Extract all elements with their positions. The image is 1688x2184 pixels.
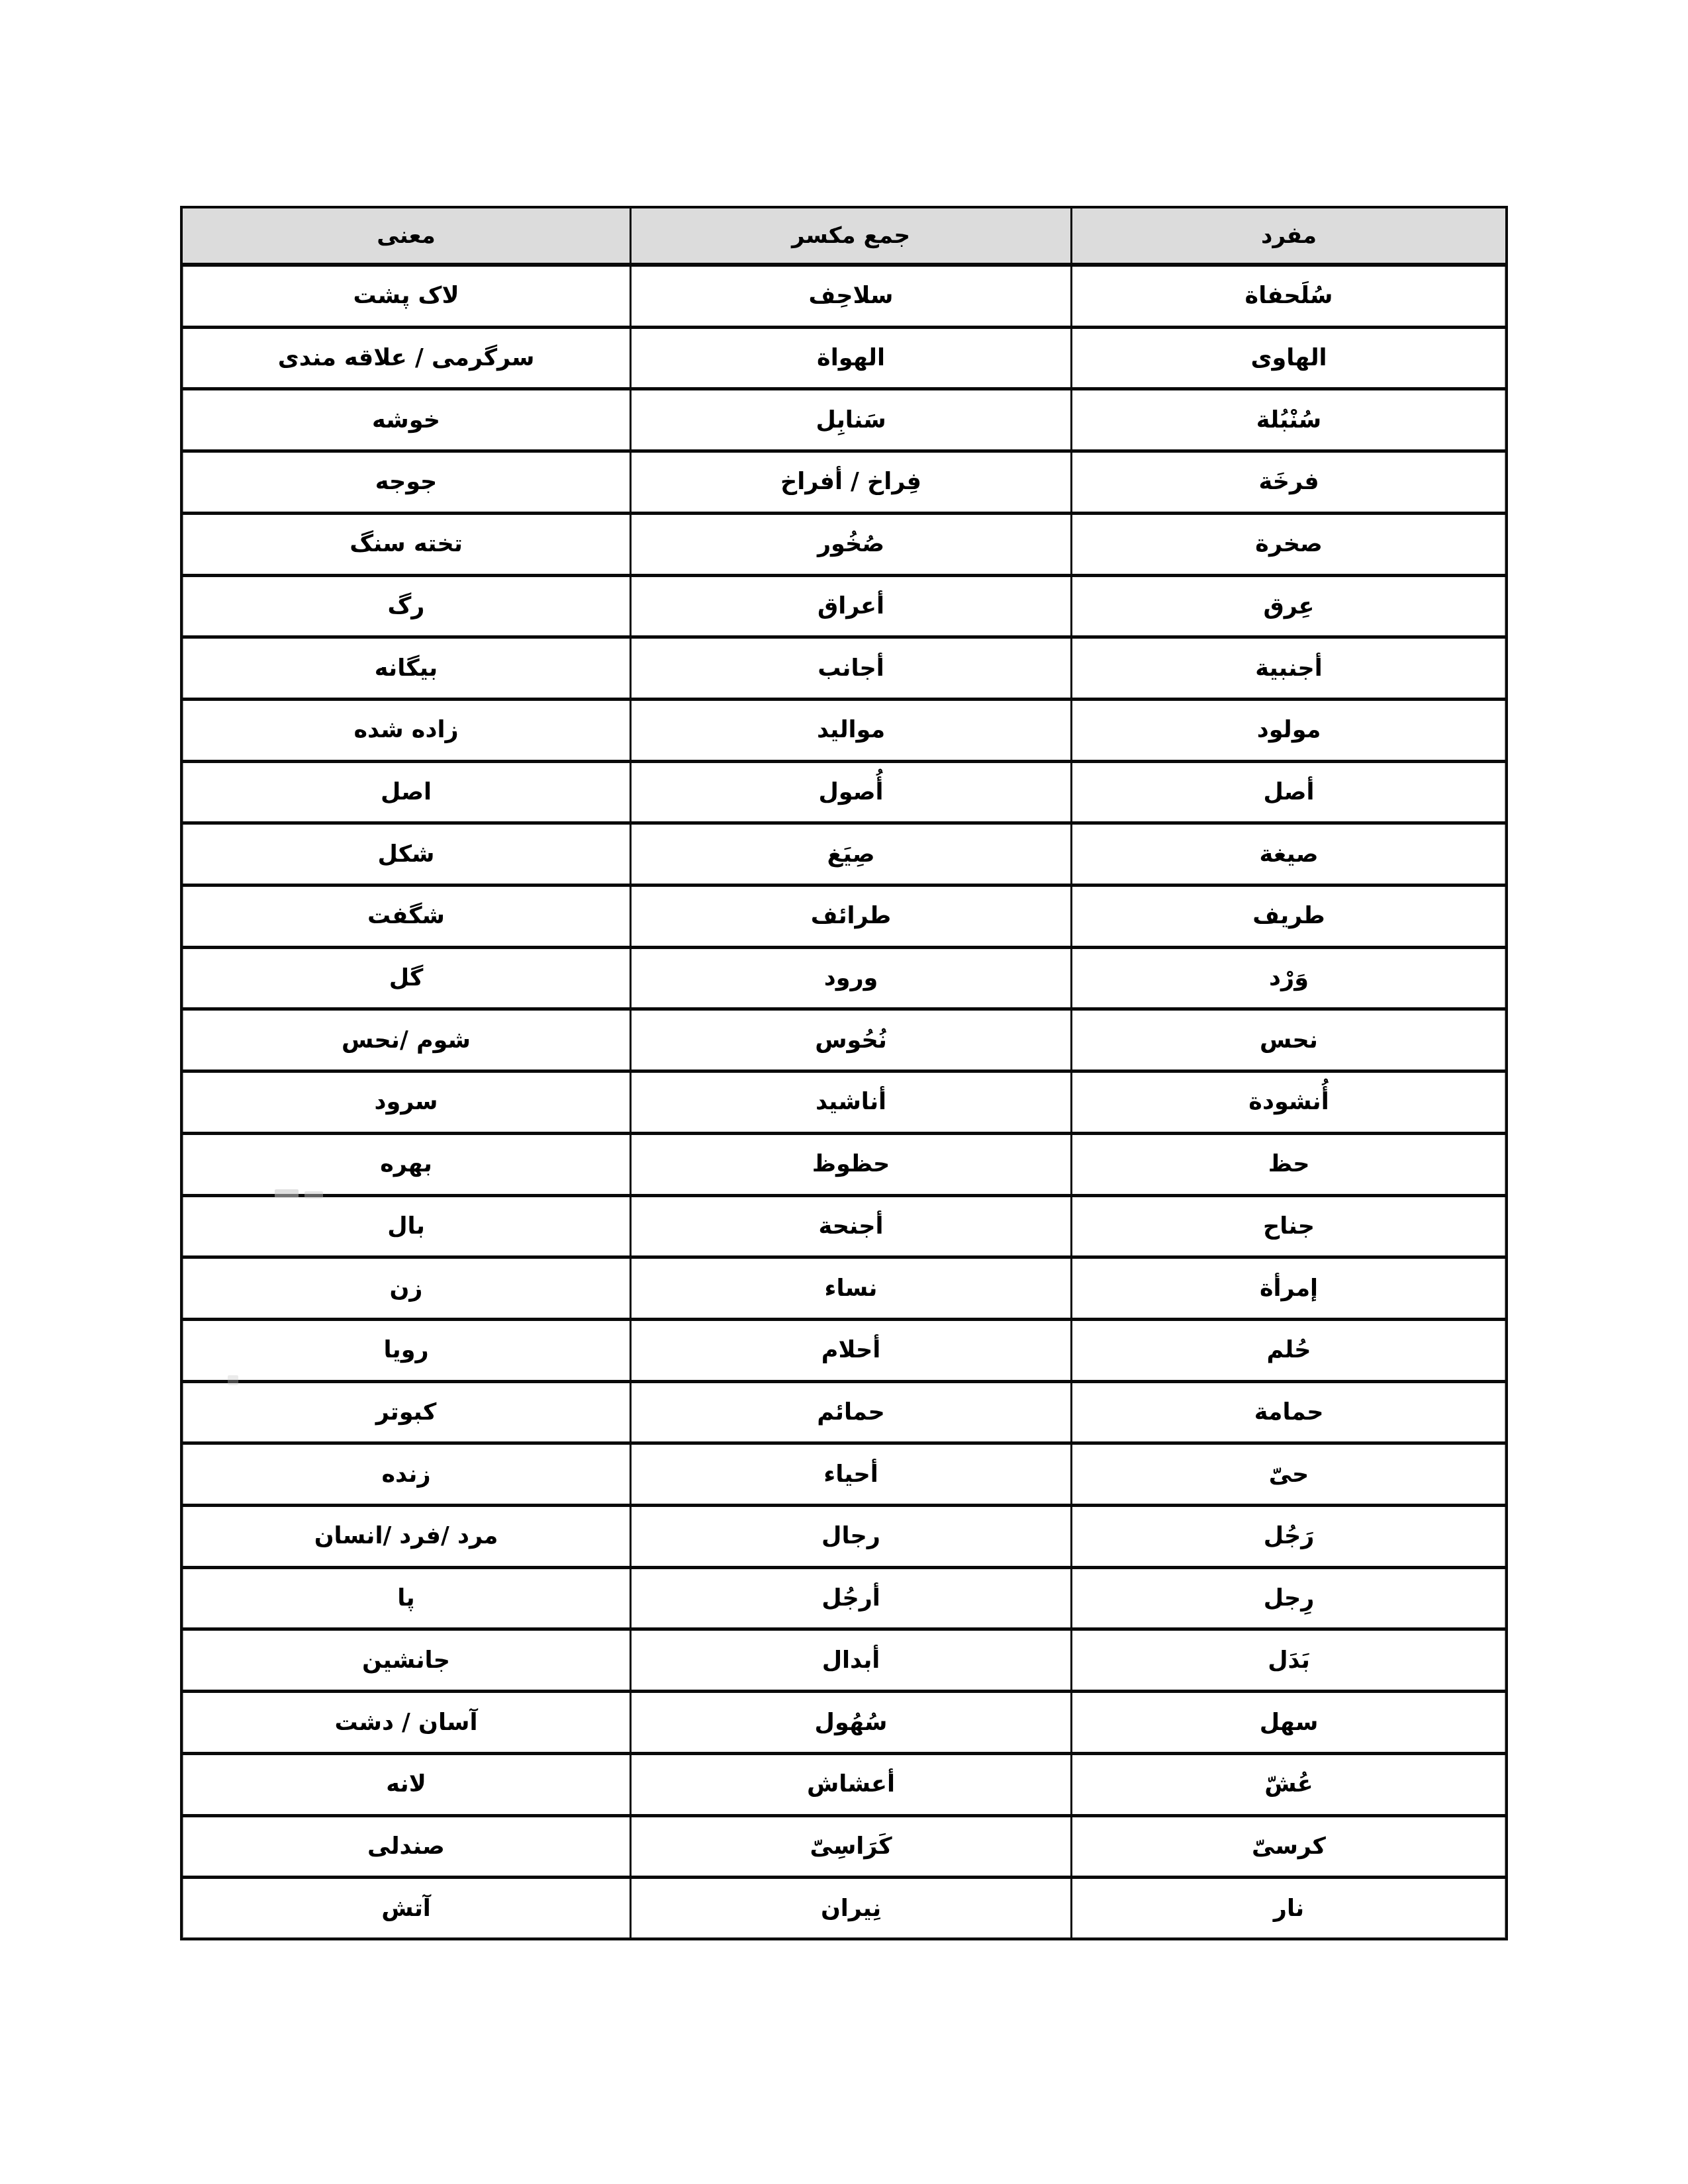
meaning-cell: تخته سنگ [183,515,630,574]
header-broken-plural: جمع مکسر [630,208,1070,263]
singular-cell: مولود [1070,701,1505,760]
meaning-cell: بیگانه [183,639,630,698]
vocabulary-table: معنی جمع مکسر مفرد لاک پشتسلاحِفسُلَحفاة… [180,206,1508,1940]
broken-plural-cell: سلاحِف [630,267,1070,326]
table-row: آتشنِیراننار [183,1879,1505,1938]
singular-cell: سهل [1070,1693,1505,1752]
table-row: گلورودوَرْد [183,949,1505,1011]
singular-cell: بَدَل [1070,1631,1505,1690]
meaning-cell: مرد /فرد /انسان [183,1507,630,1566]
table-row: شگفتطرائفطريف [183,887,1505,949]
broken-plural-cell: أحیاء [630,1445,1070,1504]
broken-plural-cell: أجنحة [630,1197,1070,1256]
broken-plural-cell: صُخُور [630,515,1070,574]
meaning-cell: شوم /نحس [183,1011,630,1069]
broken-plural-cell: صِيَغ [630,825,1070,884]
meaning-cell: رگ [183,577,630,636]
broken-plural-cell: أُصول [630,763,1070,822]
broken-plural-cell: أرجُل [630,1569,1070,1628]
meaning-cell: زنده [183,1445,630,1504]
singular-cell: عِرق [1070,577,1505,636]
meaning-cell: زاده شده [183,701,630,760]
table-row: کبوترحمائمحمامة [183,1383,1505,1445]
broken-plural-cell: فِراخ / أفراخ [630,453,1070,512]
broken-plural-cell: الهواة [630,329,1070,388]
singular-cell: الهاوی [1070,329,1505,388]
table-row: تخته سنگصُخُورصخرة [183,515,1505,577]
broken-plural-cell: ورود [630,949,1070,1008]
singular-cell: نار [1070,1879,1505,1938]
meaning-cell: لانه [183,1755,630,1814]
table-row: سرودأناشیدأُنشودة [183,1073,1505,1135]
table-row: لانهأعشاشعُشّ [183,1755,1505,1817]
singular-cell: إمرأة [1070,1259,1505,1318]
meaning-cell: سرود [183,1073,630,1132]
broken-plural-cell: أعشاش [630,1755,1070,1814]
broken-plural-cell: أبدال [630,1631,1070,1690]
meaning-cell: سرگرمی / علاقه مندی [183,329,630,388]
table-row: بیگانهأجانبأجنبية [183,639,1505,701]
broken-plural-cell: أعراق [630,577,1070,636]
singular-cell: سُلَحفاة [1070,267,1505,326]
broken-plural-cell: کَرَاسِیّ [630,1817,1070,1876]
singular-cell: طريف [1070,887,1505,946]
table-row: شکلصِيَغصيغة [183,825,1505,887]
table-row: رویاأحلامحُلم [183,1321,1505,1383]
meaning-cell: پا [183,1569,630,1628]
table-row: بهرهحظوظحظ [183,1135,1505,1197]
meaning-cell: کبوتر [183,1383,630,1442]
meaning-cell: اصل [183,763,630,822]
table-row: مرد /فرد /انسانرجالرَجُل [183,1507,1505,1569]
table-row: صندلیکَرَاسِیّکرسیّ [183,1817,1505,1880]
table-row: جوجهفِراخ / أفراخفرخَة [183,453,1505,515]
table-row: زننساءإمرأة [183,1259,1505,1321]
singular-cell: جناح [1070,1197,1505,1256]
scan-artifact [275,1189,299,1198]
broken-plural-cell: رجال [630,1507,1070,1566]
table-row: جانشینأبدالبَدَل [183,1631,1505,1693]
singular-cell: حظ [1070,1135,1505,1194]
meaning-cell: جوجه [183,453,630,512]
broken-plural-cell: حظوظ [630,1135,1070,1194]
broken-plural-cell: نِیران [630,1879,1070,1938]
header-singular: مفرد [1070,208,1505,263]
table-row: آسان / دشتسُهُولسهل [183,1693,1505,1755]
singular-cell: صخرة [1070,515,1505,574]
meaning-cell: آتش [183,1879,630,1938]
table-row: شوم /نحسنُحُوسنحس [183,1011,1505,1073]
singular-cell: نحس [1070,1011,1505,1069]
singular-cell: حمامة [1070,1383,1505,1442]
table-row: لاک پشتسلاحِفسُلَحفاة [183,267,1505,329]
meaning-cell: بال [183,1197,630,1256]
meaning-cell: خوشه [183,390,630,449]
meaning-cell: لاک پشت [183,267,630,326]
singular-cell: سُنْبُلة [1070,390,1505,449]
meaning-cell: شگفت [183,887,630,946]
singular-cell: حُلم [1070,1321,1505,1380]
meaning-cell: گل [183,949,630,1008]
table-row: بالأجنحةجناح [183,1197,1505,1259]
table-header-row: معنی جمع مکسر مفرد [183,208,1505,267]
table-row: رگأعراقعِرق [183,577,1505,639]
broken-plural-cell: موالید [630,701,1070,760]
singular-cell: عُشّ [1070,1755,1505,1814]
singular-cell: وَرْد [1070,949,1505,1008]
singular-cell: کرسیّ [1070,1817,1505,1876]
meaning-cell: زن [183,1259,630,1318]
broken-plural-cell: أجانب [630,639,1070,698]
header-meaning: معنی [183,208,630,263]
table-row: زندهأحیاءحیّ [183,1445,1505,1507]
table-row: اصلأُصولأصل [183,763,1505,825]
broken-plural-cell: طرائف [630,887,1070,946]
broken-plural-cell: نُحُوس [630,1011,1070,1069]
broken-plural-cell: أحلام [630,1321,1070,1380]
meaning-cell: رویا [183,1321,630,1380]
broken-plural-cell: أناشید [630,1073,1070,1132]
meaning-cell: جانشین [183,1631,630,1690]
table-row: زاده شدهموالیدمولود [183,701,1505,763]
broken-plural-cell: سَنابِل [630,390,1070,449]
table-row: پاأرجُلرِجل [183,1569,1505,1631]
singular-cell: أجنبية [1070,639,1505,698]
meaning-cell: صندلی [183,1817,630,1876]
scan-artifact [228,1375,238,1385]
singular-cell: رَجُل [1070,1507,1505,1566]
singular-cell: أصل [1070,763,1505,822]
singular-cell: أُنشودة [1070,1073,1505,1132]
singular-cell: حیّ [1070,1445,1505,1504]
broken-plural-cell: سُهُول [630,1693,1070,1752]
scan-artifact [305,1191,323,1199]
table-row: سرگرمی / علاقه مندیالهواةالهاوی [183,329,1505,391]
meaning-cell: آسان / دشت [183,1693,630,1752]
broken-plural-cell: حمائم [630,1383,1070,1442]
singular-cell: صيغة [1070,825,1505,884]
meaning-cell: بهره [183,1135,630,1194]
table-row: خوشهسَنابِلسُنْبُلة [183,390,1505,453]
meaning-cell: شکل [183,825,630,884]
singular-cell: فرخَة [1070,453,1505,512]
singular-cell: رِجل [1070,1569,1505,1628]
broken-plural-cell: نساء [630,1259,1070,1318]
